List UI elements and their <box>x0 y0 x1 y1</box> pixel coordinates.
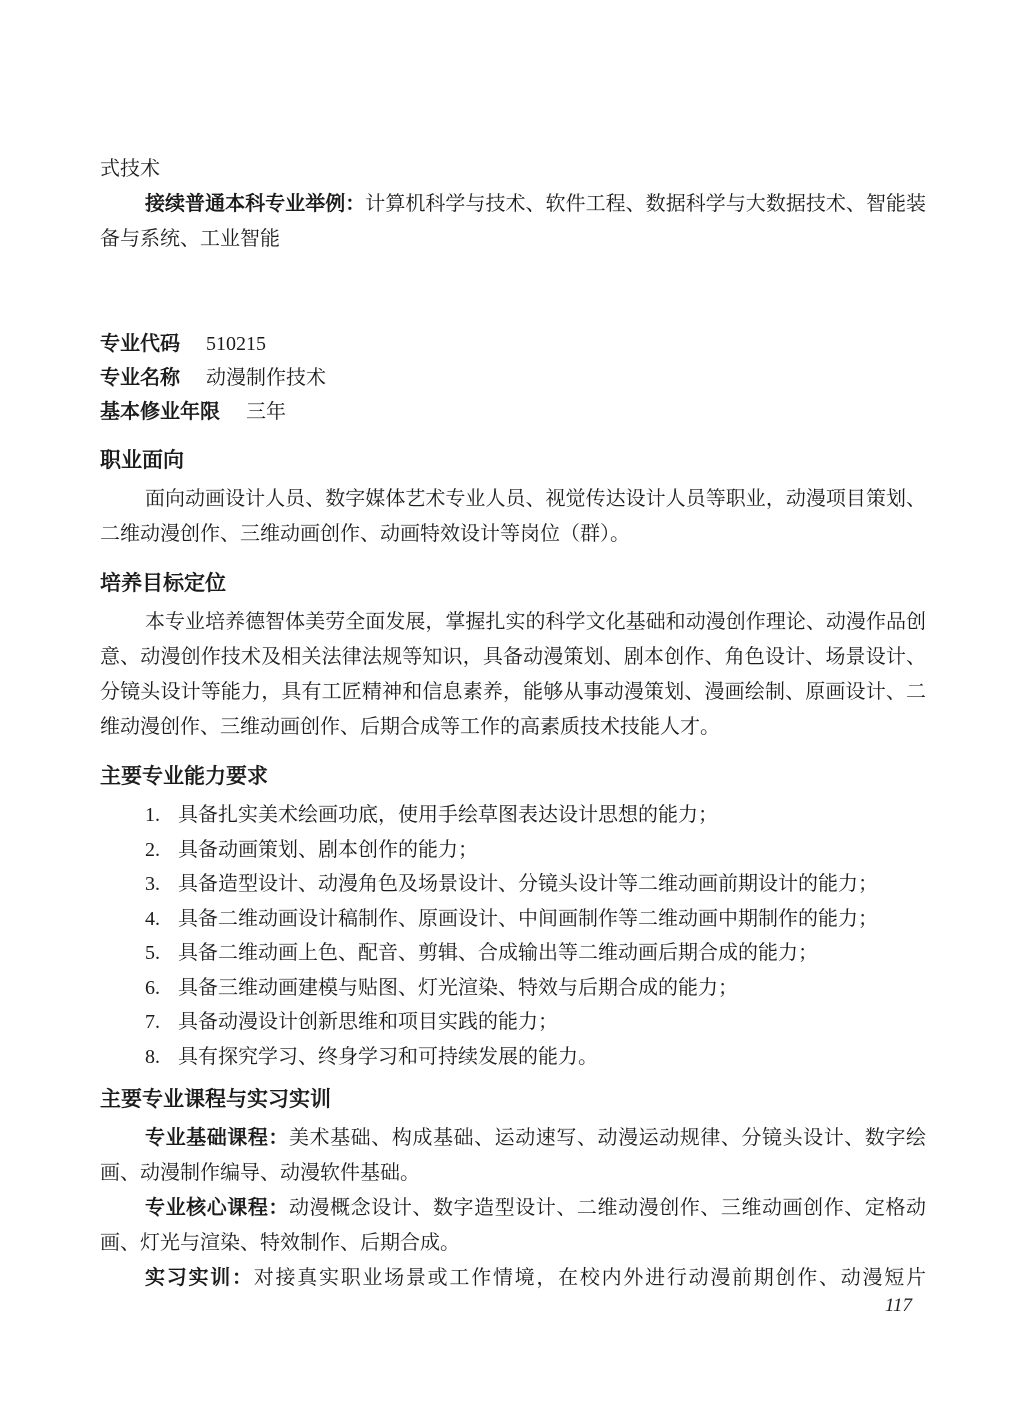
core-courses-label: 专业核心课程： <box>145 1197 289 1219</box>
ability-item-number: 8. <box>145 1040 178 1075</box>
section-heading-courses: 主要专业课程与实习实训 <box>100 1082 926 1117</box>
major-info-block: 专业代码510215 专业名称动漫制作技术 基本修业年限三年 <box>100 327 926 429</box>
ability-item: 1.具备扎实美术绘画功底，使用手绘草图表达设计思想的能力； <box>145 798 926 833</box>
basic-courses-label: 专业基础课程： <box>145 1127 289 1149</box>
ability-item: 5.具备二维动画上色、配音、剪辑、合成输出等二维动画后期合成的能力； <box>145 936 926 971</box>
ability-item: 6.具备三维动画建模与贴图、灯光渲染、特效与后期合成的能力； <box>145 971 926 1006</box>
major-code-line: 专业代码510215 <box>100 327 926 361</box>
major-code-value: 510215 <box>206 333 266 355</box>
ability-item: 2.具备动画策划、剧本创作的能力； <box>145 833 926 868</box>
major-duration-line: 基本修业年限三年 <box>100 395 926 429</box>
carryover-text: 式技术 <box>100 152 926 187</box>
bachelor-link-label: 接续普通本科专业举例： <box>145 193 365 215</box>
ability-item-text: 具有探究学习、终身学习和可持续发展的能力。 <box>178 1046 598 1068</box>
ability-item-number: 4. <box>145 902 178 937</box>
practice-label: 实习实训： <box>145 1267 254 1289</box>
career-paragraph: 面向动画设计人员、数字媒体艺术专业人员、视觉传达设计人员等职业，动漫项目策划、二… <box>100 482 926 552</box>
ability-item-text: 具备三维动画建模与贴图、灯光渲染、特效与后期合成的能力； <box>178 977 738 999</box>
ability-item: 4.具备二维动画设计稿制作、原画设计、中间画制作等二维动画中期制作的能力； <box>145 902 926 937</box>
core-courses-paragraph: 专业核心课程：动漫概念设计、数字造型设计、二维动漫创作、三维动画创作、定格动画、… <box>100 1191 926 1261</box>
practice-paragraph: 实习实训：对接真实职业场景或工作情境，在校内外进行动漫前期创作、动漫短片 <box>100 1261 926 1296</box>
ability-list: 1.具备扎实美术绘画功底，使用手绘草图表达设计思想的能力； 2.具备动画策划、剧… <box>100 798 926 1074</box>
major-code-label: 专业代码 <box>100 333 180 355</box>
major-duration-label: 基本修业年限 <box>100 401 220 423</box>
section-heading-objective: 培养目标定位 <box>100 566 926 601</box>
ability-item-number: 7. <box>145 1005 178 1040</box>
ability-item-text: 具备动画策划、剧本创作的能力； <box>178 839 478 861</box>
page-number: 117 <box>885 1292 912 1320</box>
ability-item-text: 具备二维动画上色、配音、剪辑、合成输出等二维动画后期合成的能力； <box>178 942 818 964</box>
ability-item: 3.具备造型设计、动漫角色及场景设计、分镜头设计等二维动画前期设计的能力； <box>145 867 926 902</box>
section-heading-abilities: 主要专业能力要求 <box>100 759 926 794</box>
major-name-value: 动漫制作技术 <box>206 367 326 389</box>
ability-item-text: 具备造型设计、动漫角色及场景设计、分镜头设计等二维动画前期设计的能力； <box>178 873 878 895</box>
practice-text: 对接真实职业场景或工作情境，在校内外进行动漫前期创作、动漫短片 <box>254 1267 926 1289</box>
basic-courses-paragraph: 专业基础课程：美术基础、构成基础、运动速写、动漫运动规律、分镜头设计、数字绘画、… <box>100 1121 926 1191</box>
ability-item-text: 具备扎实美术绘画功底，使用手绘草图表达设计思想的能力； <box>178 804 718 826</box>
ability-item: 8.具有探究学习、终身学习和可持续发展的能力。 <box>145 1040 926 1075</box>
page-content: 式技术 接续普通本科专业举例：计算机科学与技术、软件工程、数据科学与大数据技术、… <box>100 152 926 1296</box>
ability-item-number: 2. <box>145 833 178 868</box>
major-name-line: 专业名称动漫制作技术 <box>100 361 926 395</box>
document-page: 式技术 接续普通本科专业举例：计算机科学与技术、软件工程、数据科学与大数据技术、… <box>0 0 1024 1426</box>
section-heading-career: 职业面向 <box>100 443 926 478</box>
ability-item-text: 具备动漫设计创新思维和项目实践的能力； <box>178 1011 558 1033</box>
ability-item-text: 具备二维动画设计稿制作、原画设计、中间画制作等二维动画中期制作的能力； <box>178 908 878 930</box>
ability-item-number: 1. <box>145 798 178 833</box>
ability-item-number: 5. <box>145 936 178 971</box>
major-duration-value: 三年 <box>246 401 286 423</box>
ability-item: 7.具备动漫设计创新思维和项目实践的能力； <box>145 1005 926 1040</box>
bachelor-link-paragraph: 接续普通本科专业举例：计算机科学与技术、软件工程、数据科学与大数据技术、智能装备… <box>100 187 926 257</box>
objective-paragraph: 本专业培养德智体美劳全面发展，掌握扎实的科学文化基础和动漫创作理论、动漫作品创意… <box>100 605 926 745</box>
ability-item-number: 3. <box>145 867 178 902</box>
major-name-label: 专业名称 <box>100 367 180 389</box>
ability-item-number: 6. <box>145 971 178 1006</box>
